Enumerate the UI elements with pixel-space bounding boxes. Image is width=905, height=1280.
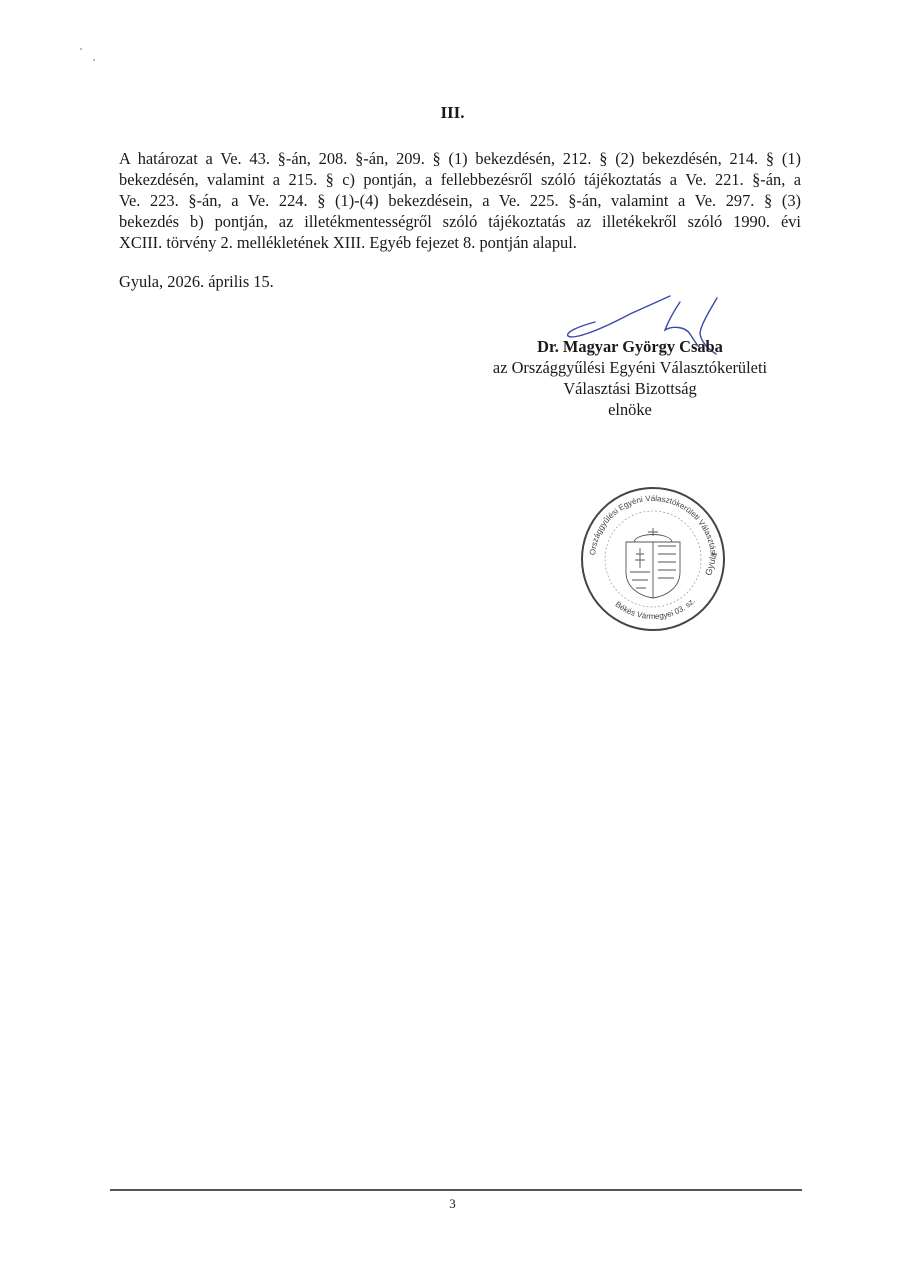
stamp-text-city: Gyula [703,551,719,576]
paragraph-line: Ve. 223. §-án, a Ve. 224. § (1)-(4) beke… [119,190,801,211]
stamp-text-bottom: Békés Vármegyei 03. sz. [614,596,697,621]
legal-basis-paragraph: A határozat a Ve. 43. §-án, 208. §-án, 2… [119,148,801,253]
svg-text:Békés Vármegyei 03. sz.: Békés Vármegyei 03. sz. [614,596,697,621]
paragraph-line: XCIII. törvény 2. mellékletének XIII. Eg… [119,232,801,253]
place-and-date: Gyula, 2026. április 15. [119,272,274,292]
page-number: 3 [0,1196,905,1212]
paragraph-line: A határozat a Ve. 43. §-án, 208. §-án, 2… [119,148,801,169]
stamp-text-top: Országgyűlési Egyéni Választókerületi Vá… [578,484,718,558]
official-stamp: Országgyűlési Egyéni Választókerületi Vá… [578,484,728,634]
paragraph-line: bekezdés b) pontján, az illetékmentesség… [119,211,801,232]
signatory-title: az Országgyűlési Egyéni Választókerületi [460,357,800,378]
coat-of-arms-icon [626,528,680,598]
scan-speck [93,59,95,61]
footer-divider [110,1189,802,1191]
scan-speck [80,48,82,50]
signatory-name: Dr. Magyar György Csaba [460,336,800,357]
signature-block: Dr. Magyar György Csaba az Országgyűlési… [460,336,800,420]
signatory-title: Választási Bizottság [460,378,800,399]
paragraph-line: bekezdésén, valamint a 215. § c) pontján… [119,169,801,190]
svg-text:Országgyűlési Egyéni Választók: Országgyűlési Egyéni Választókerületi Vá… [578,484,718,558]
section-heading: III. [0,103,905,123]
signatory-title: elnöke [460,399,800,420]
